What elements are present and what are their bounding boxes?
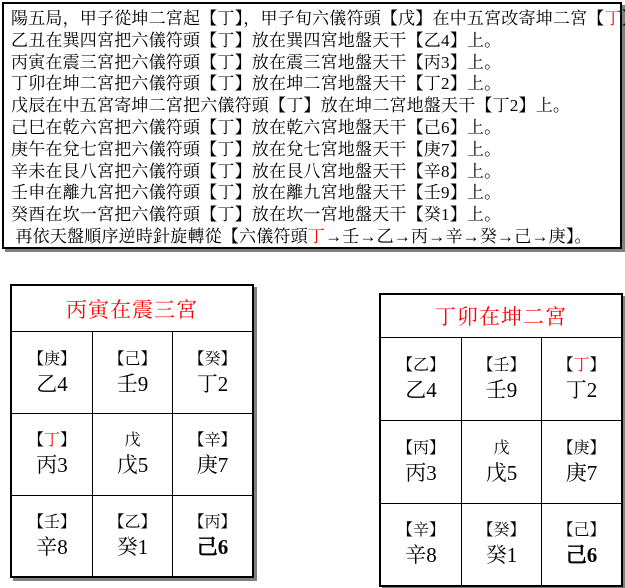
palace-cell: 【壬】壬9 [461,338,541,420]
text-segment: 陽五局，甲子從坤二宮起【丁】，甲子旬六儀符頭【戊】在中五宮改寄坤二宮【 [11,9,605,28]
text-segment: 【丙】 [397,440,445,457]
heaven-plate-stem: 【庚】 [28,350,76,370]
text-line: 己巳在乾六宮把六儀符頭【丁】放在乾六宮地盤天干【己6】上。 [11,117,613,139]
text-segment: 【癸】 [477,522,525,539]
text-line: 辛未在艮八宮把六儀符頭【丁】放在艮八宮地盤天干【辛8】上。 [11,161,613,183]
palace-cell: 【丁】丁2 [541,338,621,420]
earth-plate-stem: 丙3 [405,461,437,485]
text-segment: 乙丑在巽四宮把六儀符頭【丁】放在巽四宮地盤天干【乙4】上。 [11,31,501,50]
earth-plate-stem: 丙3 [36,453,68,477]
text-segment: 【庚】 [557,440,605,457]
earth-plate-stem: 庚7 [566,461,598,485]
earth-plate-stem: 癸1 [117,535,149,559]
table-title: 丁卯在坤二宮 [381,295,621,338]
palace-cell: 【乙】乙4 [381,338,461,420]
text-segment: 己巳在乾六宮把六儀符頭【丁】放在乾六宮地盤天干【己6】上。 [11,118,501,137]
text-segment: 【辛】 [188,432,236,449]
table-grid: 【乙】乙4【壬】壬9【丁】丁2【丙】丙3戊戊5【庚】庚7【辛】辛8【癸】癸1【己… [381,338,621,585]
text-segment: 【 [28,432,44,449]
text-segment: 戊 [124,432,140,449]
heaven-plate-stem: 【壬】 [28,513,76,533]
heaven-plate-stem: 【乙】 [397,356,445,376]
palace-cell: 【壬】辛8 [12,495,92,576]
palace-table-bingyin: 丙寅在震三宮 【庚】乙4【己】壬9【癸】丁2【丁】丙3戊戊5【辛】庚7【壬】辛8… [10,284,254,578]
text-line: 丁卯在坤二宮把六儀符頭【丁】放在坤二宮地盤天干【丁2】上。 [11,73,613,95]
earth-plate-stem: 辛8 [405,543,437,567]
palace-cell: 【己】己6 [541,503,621,585]
earth-plate-stem: 壬9 [486,378,518,402]
heaven-plate-stem: 【丁】 [28,431,76,451]
earth-plate-stem: 乙4 [405,378,437,402]
heaven-plate-stem: 【癸】 [188,350,236,370]
earth-plate-stem: 乙4 [36,372,68,396]
text-segment: 【己】 [557,522,605,539]
text-segment: 【癸】 [188,351,236,368]
heaven-plate-stem: 【乙】 [108,513,156,533]
instructions-box: 陽五局，甲子從坤二宮起【丁】，甲子旬六儀符頭【戊】在中五宮改寄坤二宮【丁】乙丑在… [2,2,622,249]
earth-plate-stem: 壬9 [117,372,149,396]
earth-plate-stem: 己6 [566,543,598,567]
heaven-plate-stem: 【己】 [557,521,605,541]
text-line: 戊辰在中五宮寄坤二宮把六儀符頭【丁】放在坤二宮地盤天干【丁2】上。 [11,95,613,117]
text-segment: 【 [557,357,573,374]
text-segment: 壬申在離九宮把六儀符頭【丁】放在離九宮地盤天干【壬9】上。 [11,183,501,202]
document-page: 陽五局，甲子從坤二宮起【丁】，甲子旬六儀符頭【戊】在中五宮改寄坤二宮【丁】乙丑在… [0,0,625,588]
text-segment: 【乙】 [397,357,445,374]
text-segment: →壬→乙→丙→辛→癸→己→庚】。 [325,227,592,246]
palace-cell: 【庚】乙4 [12,332,92,413]
text-segment: 【乙】 [108,514,156,531]
palace-cell: 戊戊5 [92,413,172,494]
text-segment: 【丙】 [188,514,236,531]
heaven-plate-stem: 【丙】 [188,513,236,533]
highlight-char: 丁 [573,357,589,374]
heaven-plate-stem: 【丙】 [397,439,445,459]
heaven-plate-stem: 【庚】 [557,439,605,459]
heaven-plate-stem: 【辛】 [188,431,236,451]
palace-cell: 【丙】丙3 [381,420,461,502]
heaven-plate-stem: 【壬】 [477,356,525,376]
palace-cell: 【乙】癸1 [92,495,172,576]
heaven-plate-stem: 戊 [124,431,140,451]
palace-cell: 【辛】庚7 [172,413,252,494]
palace-table-dingmao: 丁卯在坤二宮 【乙】乙4【壬】壬9【丁】丁2【丙】丙3戊戊5【庚】庚7【辛】辛8… [379,293,623,587]
text-line: 再依天盤順序逆時針旋轉從【六儀符頭丁→壬→乙→丙→辛→癸→己→庚】。 [11,226,613,248]
heaven-plate-stem: 【辛】 [397,521,445,541]
earth-plate-stem: 己6 [197,535,229,559]
heaven-plate-stem: 戊 [493,439,509,459]
text-segment: 辛未在艮八宮把六儀符頭【丁】放在艮八宮地盤天干【辛8】上。 [11,162,501,181]
text-segment: 戊辰在中五宮寄坤二宮把六儀符頭【丁】放在坤二宮地盤天干【丁2】上。 [11,96,570,115]
text-line: 癸酉在坎一宮把六儀符頭【丁】放在坎一宮地盤天干【癸1】上。 [11,204,613,226]
text-segment: 丙寅在震三宮把六儀符頭【丁】放在震三宮地盤天干【丙3】上。 [11,53,501,72]
table-title: 丙寅在震三宮 [12,286,252,332]
highlight-char: 丁 [605,9,622,28]
earth-plate-stem: 庚7 [197,453,229,477]
text-segment: 【庚】 [28,351,76,368]
earth-plate-stem: 辛8 [36,535,68,559]
highlight-char: 丁 [308,227,325,246]
text-line: 丙寅在震三宮把六儀符頭【丁】放在震三宮地盤天干【丙3】上。 [11,52,613,74]
heaven-plate-stem: 【癸】 [477,521,525,541]
text-segment: 】 [60,432,76,449]
palace-cell: 【癸】癸1 [461,503,541,585]
heaven-plate-stem: 【己】 [108,350,156,370]
table-grid: 【庚】乙4【己】壬9【癸】丁2【丁】丙3戊戊5【辛】庚7【壬】辛8【乙】癸1【丙… [12,332,252,576]
heaven-plate-stem: 【丁】 [557,356,605,376]
palace-cell: 【丁】丙3 [12,413,92,494]
text-line: 陽五局，甲子從坤二宮起【丁】，甲子旬六儀符頭【戊】在中五宮改寄坤二宮【丁】 [11,8,613,30]
text-segment: 【辛】 [397,522,445,539]
text-segment: 】 [590,357,606,374]
palace-cell: 【庚】庚7 [541,420,621,502]
text-segment: 丁卯在坤二宮把六儀符頭【丁】放在坤二宮地盤天干【丁2】上。 [11,74,501,93]
earth-plate-stem: 戊5 [486,461,518,485]
text-segment: 再依天盤順序逆時針旋轉從【六儀符頭 [11,227,308,246]
earth-plate-stem: 丁2 [566,378,598,402]
text-segment: 癸酉在坎一宮把六儀符頭【丁】放在坎一宮地盤天干【癸1】上。 [11,205,501,224]
text-line: 壬申在離九宮把六儀符頭【丁】放在離九宮地盤天干【壬9】上。 [11,182,613,204]
palace-cell: 【癸】丁2 [172,332,252,413]
text-segment: 【己】 [108,351,156,368]
earth-plate-stem: 戊5 [117,453,149,477]
palace-cell: 【丙】己6 [172,495,252,576]
text-line: 庚午在兌七宮把六儀符頭【丁】放在兌七宮地盤天干【庚7】上。 [11,139,613,161]
palace-cell: 【己】壬9 [92,332,172,413]
text-segment: 庚午在兌七宮把六儀符頭【丁】放在兌七宮地盤天干【庚7】上。 [11,140,501,159]
palace-cell: 戊戊5 [461,420,541,502]
text-segment: 戊 [493,440,509,457]
palace-cell: 【辛】辛8 [381,503,461,585]
text-line: 乙丑在巽四宮把六儀符頭【丁】放在巽四宮地盤天干【乙4】上。 [11,30,613,52]
earth-plate-stem: 丁2 [197,372,229,396]
text-segment: 【壬】 [28,514,76,531]
text-segment: 【壬】 [477,357,525,374]
highlight-char: 丁 [44,432,60,449]
earth-plate-stem: 癸1 [486,543,518,567]
